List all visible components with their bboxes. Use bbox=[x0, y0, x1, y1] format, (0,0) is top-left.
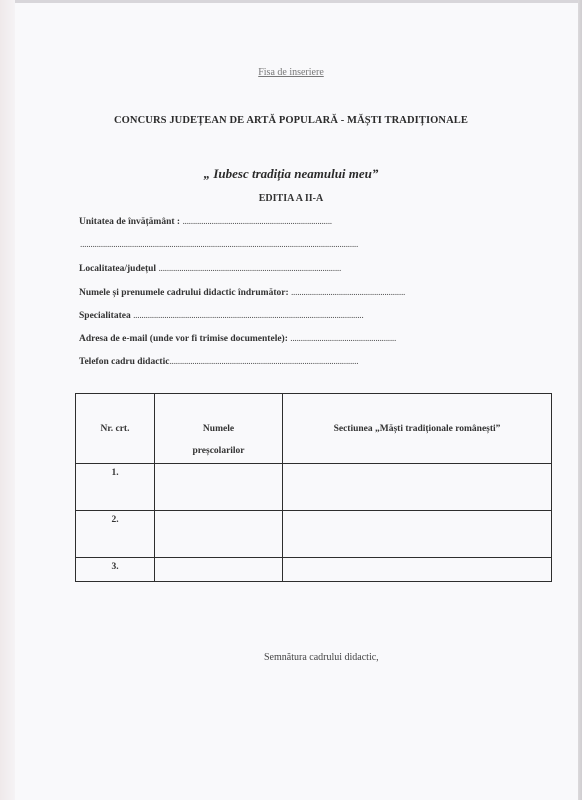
field-label: Telefon cadru didactic bbox=[79, 357, 169, 367]
field-dots: ........................................… bbox=[133, 311, 363, 321]
field-dots: ........................................… bbox=[290, 334, 396, 344]
section-cell[interactable] bbox=[283, 464, 552, 511]
header-names: Numelepreșcolarilor bbox=[155, 394, 283, 464]
field-dots: ........................................… bbox=[182, 217, 331, 227]
field-teacher-name[interactable]: Numele și prenumele cadrului didactic în… bbox=[79, 288, 405, 298]
field-dots: ........................................… bbox=[80, 240, 358, 250]
field-label: Numele și prenumele cadrului didactic în… bbox=[79, 288, 291, 298]
table-row: 2. bbox=[76, 511, 552, 558]
table-row: 3. bbox=[76, 558, 552, 582]
table-header-row: Nr. crt. Numelepreșcolarilor Sectiunea „… bbox=[76, 394, 552, 464]
row-number: 2. bbox=[76, 511, 155, 558]
header-section: Sectiunea „Măști tradiționale românești” bbox=[283, 394, 552, 464]
field-label: Adresa de e-mail (unde vor fi trimise do… bbox=[79, 334, 290, 344]
contest-title: CONCURS JUDEȚEAN DE ARTĂ POPULARĂ - MĂȘT… bbox=[0, 115, 582, 126]
edition-label: EDITIA A II-A bbox=[0, 193, 582, 204]
contest-motto: „ Iubesc tradiția neamului meu” bbox=[0, 166, 582, 182]
table-row: 1. bbox=[76, 464, 552, 511]
field-label: Specialitatea bbox=[79, 311, 133, 321]
form-header-label: Fisa de inseriere bbox=[0, 67, 582, 78]
section-cell[interactable] bbox=[283, 558, 552, 582]
name-cell[interactable] bbox=[155, 558, 283, 582]
row-number: 3. bbox=[76, 558, 155, 582]
participants-table: Nr. crt. Numelepreșcolarilor Sectiunea „… bbox=[75, 393, 552, 582]
field-locality[interactable]: Localitatea/județul ....................… bbox=[79, 264, 341, 274]
field-label: Unitatea de învățământ : bbox=[79, 217, 182, 227]
header-nr: Nr. crt. bbox=[76, 394, 155, 464]
field-dots: ........................................… bbox=[291, 288, 405, 298]
field-email[interactable]: Adresa de e-mail (unde vor fi trimise do… bbox=[79, 334, 396, 344]
section-cell[interactable] bbox=[283, 511, 552, 558]
row-number: 1. bbox=[76, 464, 155, 511]
field-phone[interactable]: Telefon cadru didactic..................… bbox=[79, 357, 358, 367]
field-label: Localitatea/județul bbox=[79, 264, 158, 274]
field-school[interactable]: Unitatea de învățământ : ...............… bbox=[79, 217, 332, 227]
name-cell[interactable] bbox=[155, 511, 283, 558]
signature-label: Semnătura cadrului didactic, bbox=[264, 652, 379, 663]
field-school-continued[interactable]: ........................................… bbox=[80, 240, 358, 250]
name-cell[interactable] bbox=[155, 464, 283, 511]
field-specialty[interactable]: Specialitatea ..........................… bbox=[79, 311, 363, 321]
field-dots: ........................................… bbox=[169, 357, 358, 367]
field-dots: ........................................… bbox=[158, 264, 341, 274]
